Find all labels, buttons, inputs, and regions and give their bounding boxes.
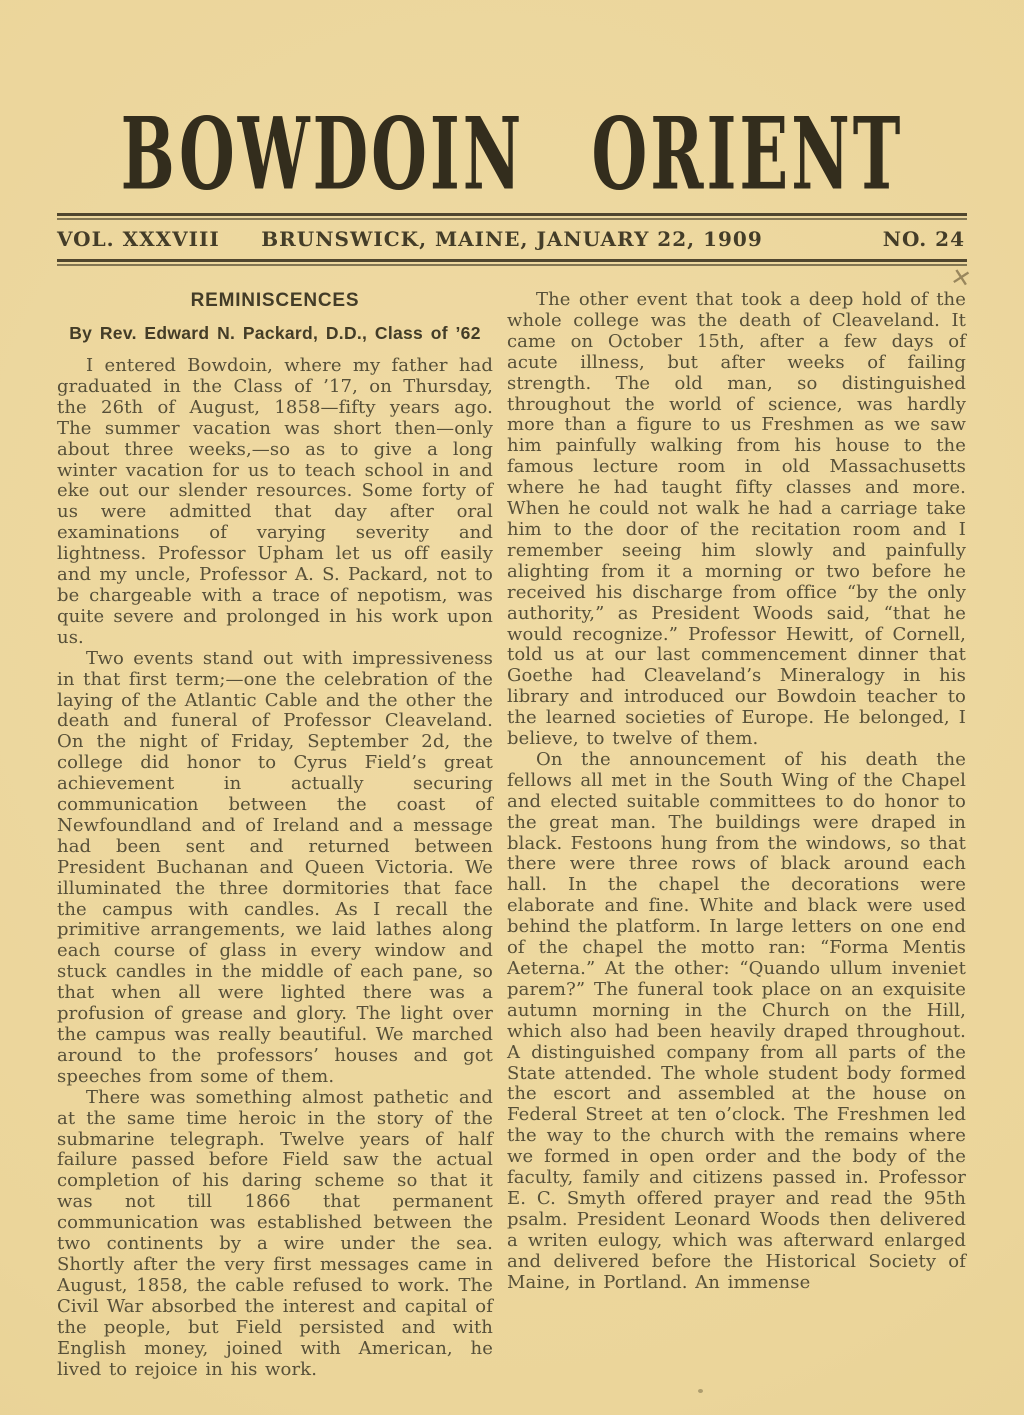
article-title: REMINISCENCES (57, 290, 493, 312)
rule-line-thick (57, 213, 967, 216)
paper-speck (698, 1389, 703, 1393)
masthead: BOWDOIN ORIENT VOL. XXXVIII BRUNSWICK, M… (0, 101, 1024, 266)
rule-line-thick (57, 259, 967, 262)
newspaper-page: ✕ BOWDOIN ORIENT VOL. XXXVIII BRUNSWICK,… (0, 0, 1024, 1415)
article-paragraph: There was something almost pathetic and … (57, 1088, 493, 1381)
article-byline: By Rev. Edward N. Packard, D.D., Class o… (57, 323, 493, 344)
handwritten-x-mark: ✕ (948, 262, 973, 294)
place-date-label: BRUNSWICK, MAINE, JANUARY 22, 1909 (261, 227, 762, 251)
article-body: REMINISCENCES By Rev. Edward N. Packard,… (57, 290, 967, 1380)
right-column: The other event that took a deep hold of… (507, 290, 966, 1380)
left-column: REMINISCENCES By Rev. Edward N. Packard,… (57, 290, 493, 1380)
volume-label: VOL. XXXVIII (57, 227, 220, 251)
dateline: VOL. XXXVIII BRUNSWICK, MAINE, JANUARY 2… (57, 220, 967, 259)
article-paragraph: On the announcement of his death the fel… (507, 750, 966, 1294)
article-paragraph: The other event that took a deep hold of… (507, 290, 966, 750)
article-paragraph: I entered Bowdoin, where my father had g… (57, 356, 493, 649)
article-paragraph: Two events stand out with impressiveness… (57, 649, 493, 1088)
divider-rule-bottom (57, 259, 967, 266)
rule-line-thin (57, 264, 967, 266)
issue-number-label: NO. 24 (883, 227, 965, 251)
